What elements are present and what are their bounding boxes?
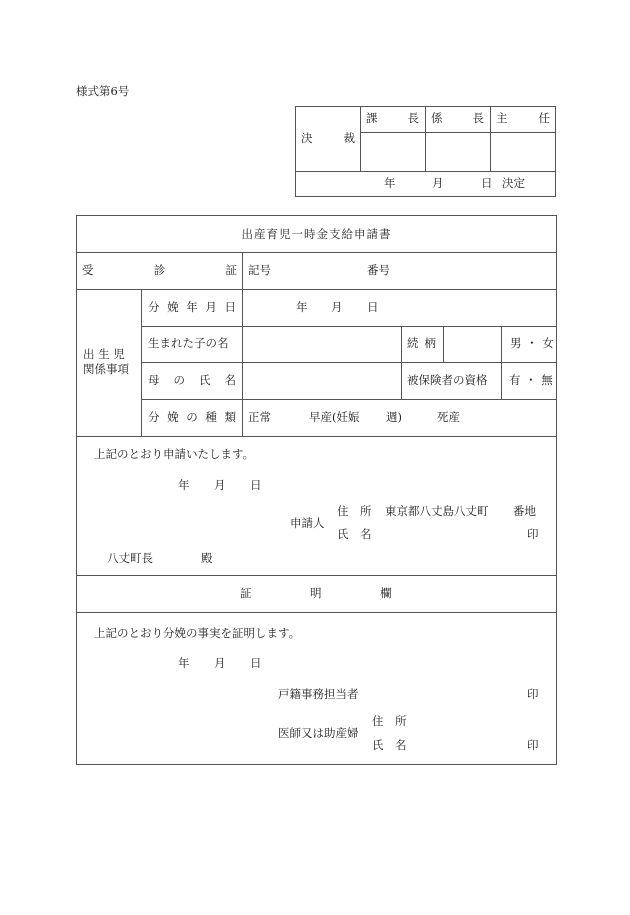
label-char: 受 <box>82 265 94 277</box>
label-char: の <box>186 412 198 424</box>
mother-name-field[interactable] <box>245 365 398 396</box>
divider <box>501 326 502 399</box>
approval-label-char: 裁 <box>344 133 356 145</box>
relation-label: 続 柄 <box>407 338 436 350</box>
application-statement: 上記のとおり申請いたします。 <box>94 449 254 461</box>
certification-month: 月 <box>214 658 226 670</box>
label-char: 氏 <box>199 375 211 387</box>
role-subsection-chief: 係 長 <box>431 113 484 125</box>
doctor-name-field[interactable] <box>412 735 522 753</box>
label-char: 分 <box>148 302 160 314</box>
doctor-name-label-char: 名 <box>395 740 407 752</box>
address-label-char: 住 <box>337 506 349 518</box>
divider <box>76 575 557 576</box>
divider <box>76 289 557 290</box>
label-char: 年 <box>186 302 198 314</box>
delivery-month: 月 <box>331 302 343 314</box>
relation-field[interactable] <box>446 329 498 360</box>
divider <box>141 289 142 436</box>
delivery-type-normal[interactable]: 正常 <box>248 412 271 424</box>
label-char: 娩 <box>167 412 179 424</box>
certification-header-char: 欄 <box>380 588 392 600</box>
label-char: 種 <box>205 412 217 424</box>
applicant-label: 申請人 <box>290 518 325 530</box>
divider <box>76 436 557 437</box>
label-char: 分 <box>148 412 160 424</box>
divider <box>295 171 556 172</box>
address-label-char: 所 <box>360 506 372 518</box>
stamp-area-staff[interactable] <box>491 133 555 171</box>
decision-day: 日 <box>481 178 493 190</box>
label-char: 続 <box>407 338 419 350</box>
certification-header-char: 明 <box>310 588 322 600</box>
decision-year: 年 <box>384 178 396 190</box>
delivery-year: 年 <box>296 302 308 314</box>
label-char: 証 <box>226 265 238 277</box>
divider <box>443 326 444 362</box>
application-year: 年 <box>178 480 190 492</box>
label-char: 日 <box>225 302 237 314</box>
label-char: 母 <box>148 375 160 387</box>
application-day: 日 <box>250 480 262 492</box>
role-char: 係 <box>431 113 443 125</box>
label-char: 娩 <box>167 302 179 314</box>
certification-year: 年 <box>178 658 190 670</box>
role-char: 長 <box>408 113 420 125</box>
insured-status-label: 被保険者の資格 <box>407 375 488 387</box>
label-char: 月 <box>205 302 217 314</box>
role-staff: 主 任 <box>496 113 550 125</box>
doctor-address-field[interactable] <box>412 711 532 729</box>
decision-label: 決定 <box>502 178 525 190</box>
applicant-name-field[interactable] <box>385 524 515 542</box>
sex-options[interactable]: 男 ・ 女 <box>510 338 554 350</box>
role-section-chief: 課 長 <box>366 113 419 125</box>
certification-header-char: 証 <box>240 588 252 600</box>
mother-name-label: 母 の 氏 名 <box>148 375 236 387</box>
registry-officer-seal: 印 <box>527 689 539 701</box>
divider <box>76 612 557 613</box>
divider <box>141 399 557 400</box>
approval-label: 決 裁 <box>301 133 355 145</box>
addressee: 八丈町長 <box>107 553 153 565</box>
name-label-char: 氏 <box>337 529 349 541</box>
applicant-seal: 印 <box>527 529 539 541</box>
form-title: 出産育児一時金支給申請書 <box>76 229 557 241</box>
label-char: 診 <box>154 265 166 277</box>
doctor-address-label-char: 住 <box>372 716 384 728</box>
certification-statement: 上記のとおり分娩の事実を証明します。 <box>94 628 300 640</box>
premature-weeks-label: 週) <box>386 412 402 424</box>
birth-section-label-line2: 関係事項 <box>83 364 129 376</box>
child-name-field[interactable] <box>245 329 398 360</box>
applicant-address-value[interactable]: 東京都八丈島八丈町 <box>385 506 489 518</box>
divider <box>141 362 557 363</box>
child-name-label: 生まれた子の名 <box>148 338 229 350</box>
symbol-label: 記号 <box>248 265 271 277</box>
name-label-char: 名 <box>360 529 372 541</box>
delivery-type-stillbirth[interactable]: 死産 <box>437 412 460 424</box>
delivery-date-label: 分 娩 年 月 日 <box>148 302 236 314</box>
application-month: 月 <box>214 480 226 492</box>
role-char: 課 <box>366 113 378 125</box>
role-char: 任 <box>539 113 551 125</box>
doctor-address-label-char: 所 <box>395 716 407 728</box>
doctor-name-label-char: 氏 <box>372 740 384 752</box>
decision-month: 月 <box>432 178 444 190</box>
doctor-seal: 印 <box>527 740 539 752</box>
insurance-card-label: 受 診 証 <box>82 265 237 277</box>
registry-officer-label: 戸籍事務担当者 <box>278 689 359 701</box>
approval-label-char: 決 <box>301 133 313 145</box>
certification-day: 日 <box>250 658 262 670</box>
number-label: 番号 <box>367 265 390 277</box>
form-number: 様式第6号 <box>76 86 129 98</box>
divider <box>141 326 557 327</box>
stamp-area-subsection-chief[interactable] <box>426 133 490 171</box>
delivery-type-label: 分 娩 の 種 類 <box>148 412 236 424</box>
divider <box>242 252 243 436</box>
label-char: 名 <box>225 375 237 387</box>
form-border <box>76 215 557 765</box>
role-char: 長 <box>473 113 485 125</box>
stamp-area-section-chief[interactable] <box>361 133 425 171</box>
doctor-midwife-label: 医師又は助産婦 <box>278 728 359 740</box>
delivery-type-premature[interactable]: 早産(妊娠 <box>309 412 360 424</box>
label-char: の <box>174 375 186 387</box>
label-char: 類 <box>225 412 237 424</box>
symbol-field[interactable] <box>272 258 362 284</box>
number-field[interactable] <box>392 258 552 284</box>
birth-section-label-line1: 出 生 児 <box>83 349 125 361</box>
label-char: 柄 <box>425 338 437 350</box>
delivery-day: 日 <box>367 302 379 314</box>
divider <box>76 252 557 253</box>
divider <box>401 326 402 399</box>
role-char: 主 <box>496 113 508 125</box>
honorific: 殿 <box>201 553 213 565</box>
address-suffix: 番地 <box>513 506 536 518</box>
insured-status-options[interactable]: 有 ・ 無 <box>509 375 553 387</box>
